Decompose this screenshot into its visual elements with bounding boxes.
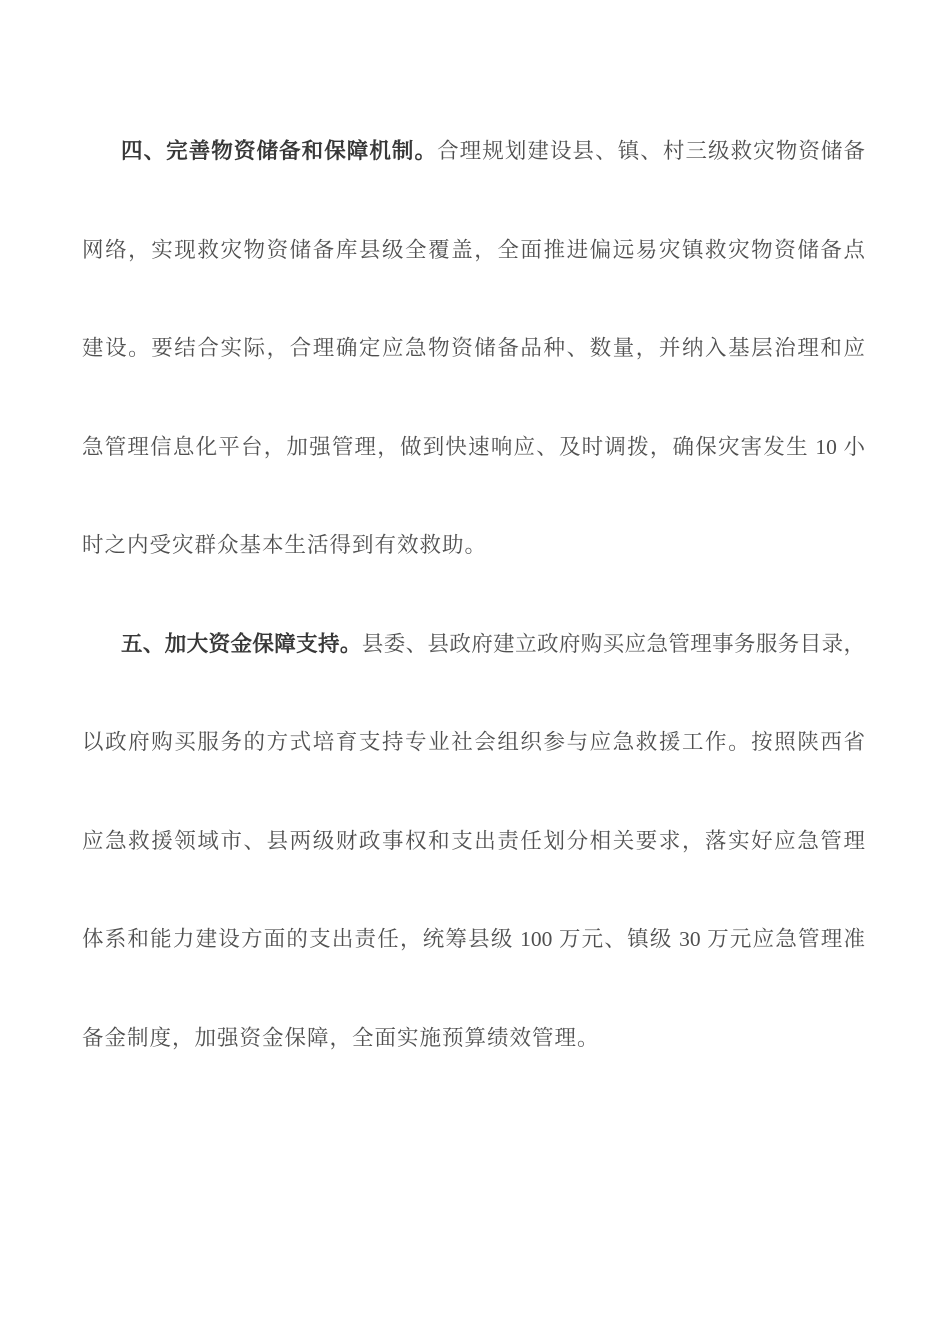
paragraph-line: 应急救援领域市、县两级财政事权和支出责任划分相关要求，落实好应急管理 xyxy=(82,792,865,891)
line-text: 县委、县政府建立政府购买应急管理事务服务目录， xyxy=(362,632,865,656)
line-text: 急管理信息化平台，加强管理，做到快速响应、及时调拨，确保灾害发生 10 小 xyxy=(82,435,865,459)
paragraph-line: 以政府购买服务的方式培育支持专业社会组织参与应急救援工作。按照陕西省 xyxy=(82,693,865,792)
paragraph-line: 建设。要结合实际，合理确定应急物资储备品种、数量，并纳入基层治理和应 xyxy=(82,299,865,398)
document-page: 四、完善物资储备和保障机制。合理规划建设县、镇、村三级救灾物资储备 网络，实现救… xyxy=(0,0,950,1344)
paragraph-line: 四、完善物资储备和保障机制。合理规划建设县、镇、村三级救灾物资储备 xyxy=(82,102,865,201)
line-text: 体系和能力建设方面的支出责任，统筹县级 100 万元、镇级 30 万元应急管理准 xyxy=(82,927,865,951)
line-text: 时之内受灾群众基本生活得到有效救助。 xyxy=(82,533,487,557)
paragraph-line: 时之内受灾群众基本生活得到有效救助。 xyxy=(82,496,865,595)
paragraph-line: 备金制度，加强资金保障，全面实施预算绩效管理。 xyxy=(82,989,865,1088)
paragraph-line: 五、加大资金保障支持。县委、县政府建立政府购买应急管理事务服务目录， xyxy=(82,595,865,694)
paragraph-line: 体系和能力建设方面的支出责任，统筹县级 100 万元、镇级 30 万元应急管理准 xyxy=(82,890,865,989)
line-text: 备金制度，加强资金保障，全面实施预算绩效管理。 xyxy=(82,1026,600,1050)
paragraph-line: 网络，实现救灾物资储备库县级全覆盖，全面推进偏远易灾镇救灾物资储备点 xyxy=(82,201,865,300)
paragraph-line: 急管理信息化平台，加强管理，做到快速响应、及时调拨，确保灾害发生 10 小 xyxy=(82,398,865,497)
line-text: 网络，实现救灾物资储备库县级全覆盖，全面推进偏远易灾镇救灾物资储备点 xyxy=(82,238,865,262)
line-text: 建设。要结合实际，合理确定应急物资储备品种、数量，并纳入基层治理和应 xyxy=(82,336,865,360)
line-text: 应急救援领域市、县两级财政事权和支出责任划分相关要求，落实好应急管理 xyxy=(82,829,865,853)
line-text: 以政府购买服务的方式培育支持专业社会组织参与应急救援工作。按照陕西省 xyxy=(82,730,865,754)
section-heading: 四、完善物资储备和保障机制。 xyxy=(121,139,437,163)
section-heading: 五、加大资金保障支持。 xyxy=(121,632,362,656)
line-text: 合理规划建设县、镇、村三级救灾物资储备 xyxy=(437,139,865,163)
